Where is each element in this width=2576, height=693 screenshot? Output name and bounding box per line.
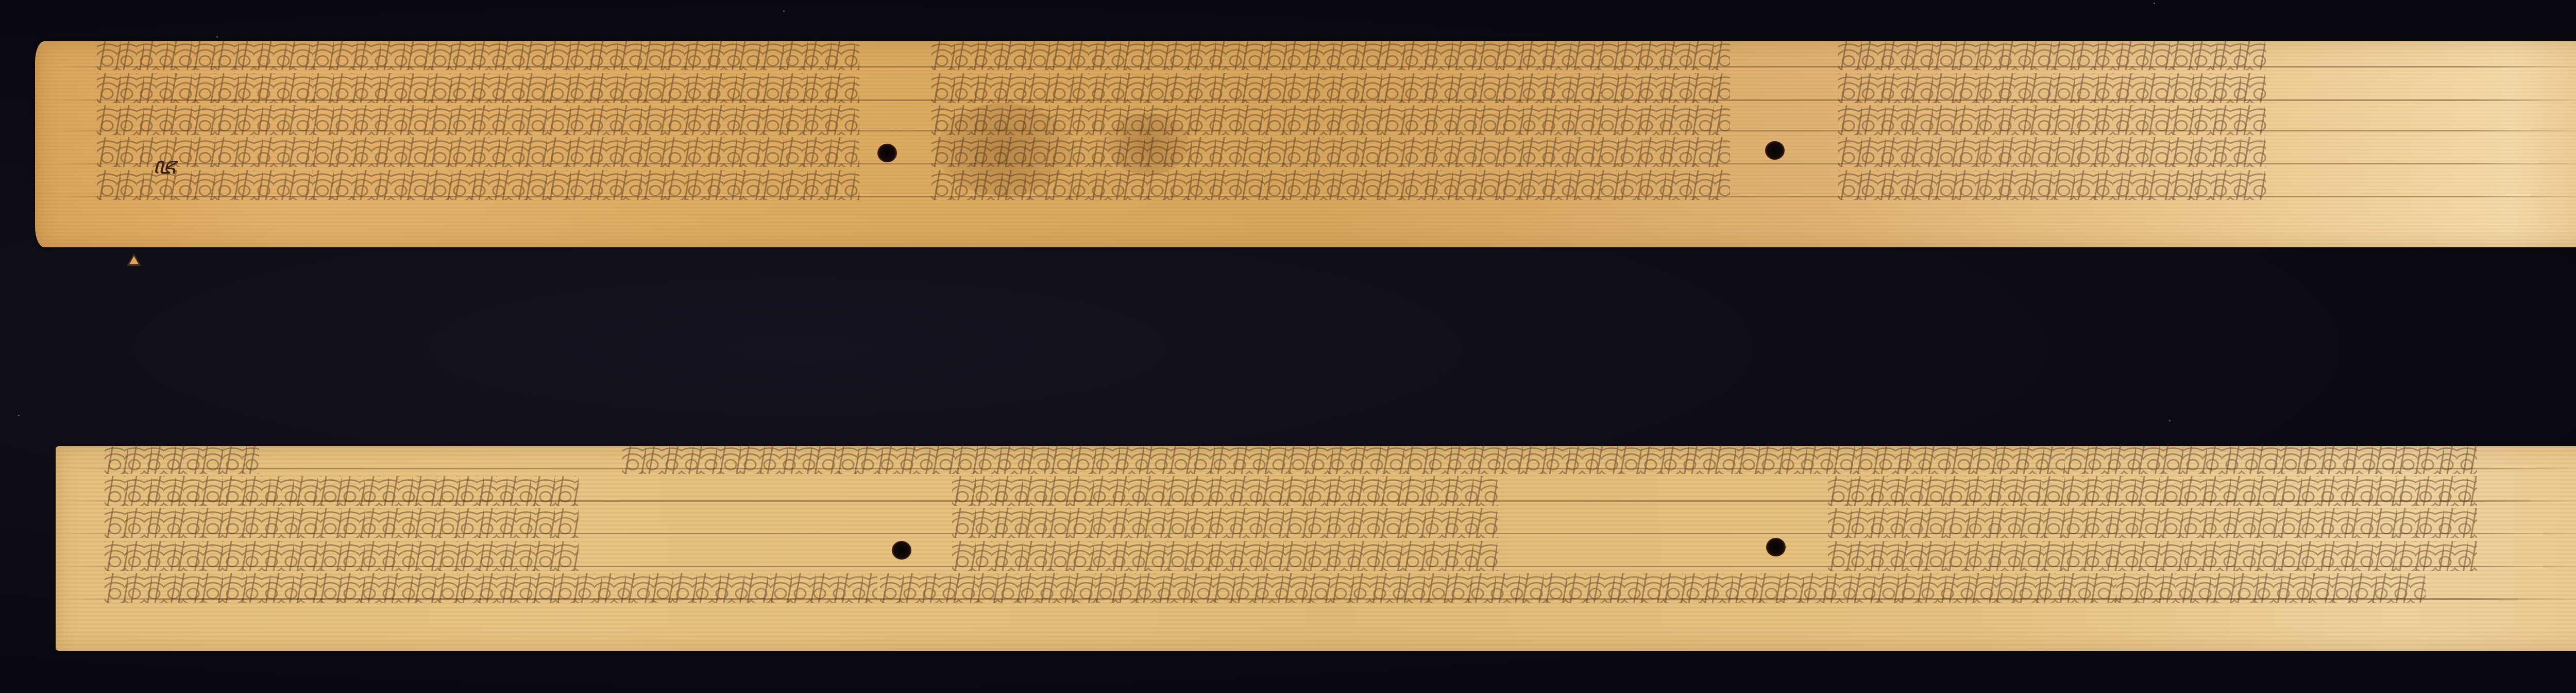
script-line bbox=[1828, 476, 2477, 506]
script-line bbox=[105, 476, 579, 506]
script-line bbox=[105, 444, 259, 474]
binding-hole bbox=[892, 541, 911, 560]
script-line bbox=[952, 476, 1498, 506]
script-line bbox=[880, 573, 2116, 603]
script-line bbox=[2065, 444, 2477, 474]
script-line bbox=[952, 508, 1498, 538]
binding-hole bbox=[1765, 141, 1785, 160]
script-line bbox=[97, 40, 859, 70]
palm-leaf-bottom bbox=[56, 446, 2576, 651]
script-line bbox=[931, 170, 1730, 200]
script-line bbox=[931, 73, 1730, 103]
manuscript-photo: ꦗ bbox=[0, 0, 2576, 693]
script-line bbox=[1838, 105, 2266, 135]
script-line bbox=[97, 73, 859, 103]
script-line bbox=[1838, 40, 2266, 70]
script-line bbox=[97, 170, 859, 200]
dust-speck bbox=[2169, 420, 2171, 421]
dust-speck bbox=[216, 36, 218, 38]
dust-speck bbox=[18, 415, 20, 416]
script-line bbox=[931, 105, 1730, 135]
dust-speck bbox=[2154, 3, 2155, 4]
script-line bbox=[1828, 508, 2477, 538]
script-line bbox=[105, 541, 579, 571]
script-line bbox=[97, 105, 859, 135]
script-line bbox=[1828, 541, 2477, 571]
script-line bbox=[105, 508, 579, 538]
dust-speck bbox=[783, 10, 785, 12]
script-line bbox=[105, 573, 877, 603]
script-line bbox=[931, 137, 1730, 167]
script-line bbox=[931, 40, 1730, 70]
palm-leaf-top: ꦗ bbox=[35, 41, 2576, 247]
margin-triangle-mark bbox=[127, 253, 141, 266]
script-line bbox=[622, 444, 2065, 474]
binding-hole bbox=[1766, 538, 1786, 556]
script-line bbox=[1838, 137, 2266, 167]
script-line bbox=[1838, 170, 2266, 200]
binding-hole bbox=[877, 144, 897, 162]
script-line bbox=[97, 137, 859, 167]
script-line bbox=[952, 541, 1498, 571]
script-line bbox=[2116, 573, 2426, 603]
script-line bbox=[1838, 73, 2266, 103]
